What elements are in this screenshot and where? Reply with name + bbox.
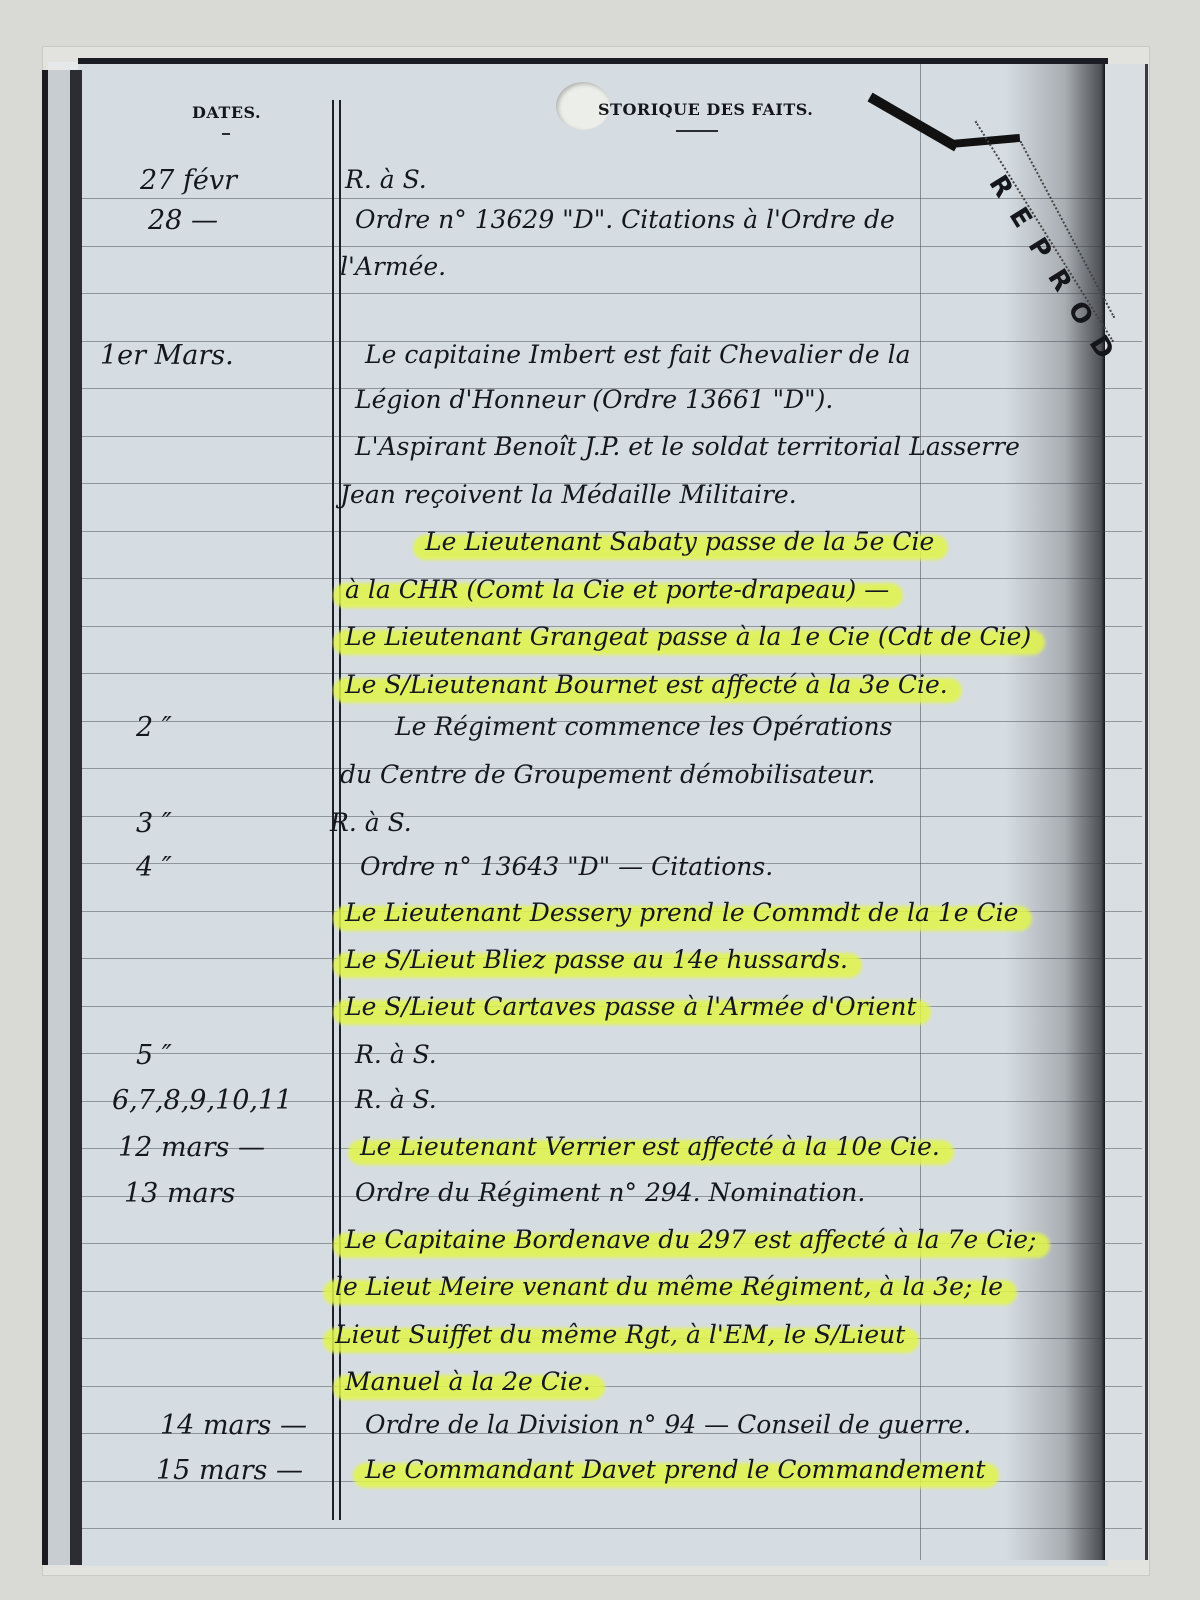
entry-text: Jean reçoivent la Médaille Militaire.: [340, 480, 797, 509]
entry-date: 27 févr: [140, 165, 237, 196]
entry-date: 14 mars —: [160, 1410, 307, 1441]
highlighted-entry-text: le Lieut Meire venant du même Régiment, …: [335, 1272, 1003, 1301]
journal-entries: 27 févrR. à S.28 —Ordre n° 13629 "D". Ci…: [0, 0, 1200, 1600]
highlighted-entry-text: Lieut Suiffet du même Rgt, à l'EM, le S/…: [335, 1320, 905, 1349]
entry-text: R. à S.: [355, 1085, 437, 1114]
highlighted-entry-text: Le S/Lieut Cartaves passe à l'Armée d'Or…: [345, 992, 917, 1021]
entry-date: 2 ″: [136, 712, 172, 743]
entry-text: Le Régiment commence les Opérations: [395, 712, 892, 741]
entry-date: 12 mars —: [118, 1132, 265, 1163]
entry-date: 28 —: [148, 205, 218, 236]
highlighted-entry-text: Manuel à la 2e Cie.: [345, 1367, 591, 1396]
highlighted-entry-text: Le S/Lieutenant Bournet est affecté à la…: [345, 670, 948, 699]
entry-date: 1er Mars.: [100, 340, 234, 371]
entry-text: l'Armée.: [340, 252, 446, 281]
entry-date: 3 ″: [136, 808, 172, 839]
entry-text: R. à S.: [355, 1040, 437, 1069]
entry-text: Le capitaine Imbert est fait Chevalier d…: [365, 340, 911, 369]
entry-date: 13 mars: [124, 1178, 235, 1209]
entry-text: R. à S.: [330, 808, 412, 837]
highlighted-entry-text: Le Lieutenant Verrier est affecté à la 1…: [360, 1132, 940, 1161]
entry-text: R. à S.: [345, 165, 427, 194]
highlighted-entry-text: Le Lieutenant Grangeat passe à la 1e Cie…: [345, 622, 1031, 651]
entry-text: Ordre de la Division n° 94 — Conseil de …: [365, 1410, 971, 1439]
highlighted-entry-text: Le Lieutenant Dessery prend le Commdt de…: [345, 898, 1018, 927]
entry-text: Ordre du Régiment n° 294. Nomination.: [355, 1178, 865, 1207]
highlighted-entry-text: Le S/Lieut Bliez passe au 14e hussards.: [345, 945, 848, 974]
highlighted-entry-text: Le Commandant Davet prend le Commandemen…: [365, 1455, 985, 1484]
highlighted-entry-text: Le Lieutenant Sabaty passe de la 5e Cie: [425, 527, 934, 556]
entry-text: Ordre n° 13629 "D". Citations à l'Ordre …: [355, 205, 895, 234]
highlighted-entry-text: à la CHR (Comt la Cie et porte-drapeau) …: [345, 575, 889, 604]
entry-text: du Centre de Groupement démobilisateur.: [340, 760, 875, 789]
highlighted-entry-text: Le Capitaine Bordenave du 297 est affect…: [345, 1225, 1036, 1254]
entry-date: 15 mars —: [156, 1455, 303, 1486]
entry-text: L'Aspirant Benoît J.P. et le soldat terr…: [355, 432, 1020, 461]
entry-text: Légion d'Honneur (Ordre 13661 "D").: [355, 385, 833, 414]
entry-date: 6,7,8,9,10,11: [112, 1085, 292, 1116]
entry-text: Ordre n° 13643 "D" — Citations.: [360, 852, 773, 881]
entry-date: 4 ″: [136, 852, 172, 883]
entry-date: 5 ″: [136, 1040, 172, 1071]
